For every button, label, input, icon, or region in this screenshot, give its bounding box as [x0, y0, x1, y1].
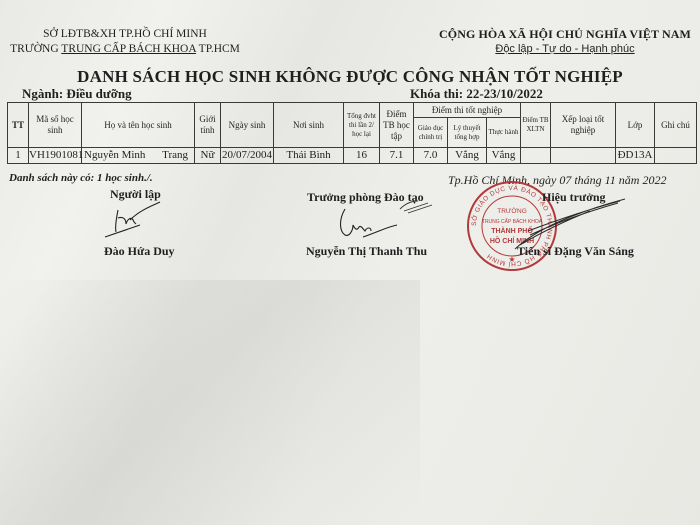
col-gender: Giới tính [195, 103, 221, 148]
cell-full-name: Nguyễn MinhTrang [82, 148, 195, 164]
training-head-name: Nguyễn Thị Thanh Thu [306, 244, 427, 259]
school-prefix: TRƯỜNG [10, 43, 61, 55]
col-birthplace: Nơi sinh [274, 103, 344, 148]
col-note: Ghi chú [655, 103, 697, 148]
cell-gpa: 7.1 [380, 148, 414, 164]
cell-given-name: Trang [162, 150, 194, 161]
cell-student-id: VH1901081 [29, 148, 82, 164]
col-gpa: Điểm TB học tập [380, 103, 414, 148]
col-student-id: Mã số học sinh [29, 103, 82, 148]
student-count-note: Danh sách này có: 1 học sinh./. [9, 172, 153, 184]
cell-politics: 7.0 [414, 148, 448, 164]
col-full-name: Họ và tên học sinh [82, 103, 195, 148]
cell-birthplace: Thái Bình [274, 148, 344, 164]
col-dob: Ngày sinh [221, 103, 274, 148]
col-grad-avg: Điểm TB XLTN [521, 103, 551, 148]
cell-family-middle-name: Nguyễn Minh [84, 149, 145, 161]
document-title: DANH SÁCH HỌC SINH KHÔNG ĐƯỢC CÔNG NHẬN … [0, 67, 700, 87]
national-motto: CỘNG HÒA XÃ HỘI CHỦ NGHĨA VIỆT NAM Độc l… [400, 27, 700, 57]
col-tt: TT [8, 103, 29, 148]
cell-note [655, 148, 697, 164]
col-grad-exam: Điểm thi tốt nghiệp [414, 103, 521, 118]
col-practice: Thực hành [487, 118, 521, 148]
preparer-name: Đào Hứa Duy [104, 244, 175, 259]
motto: Độc lập - Tự do - Hạnh phúc [400, 42, 700, 57]
country-name: CỘNG HÒA XÃ HỘI CHỦ NGHĨA VIỆT NAM [400, 27, 700, 42]
col-theory: Lý thuyết tổng hợp [448, 118, 487, 148]
school-name-underlined: TRUNG CẤP BÁCH KHOA [61, 43, 196, 55]
principal-name: Tiến sĩ Đặng Văn Sáng [517, 244, 634, 259]
school-name: TRƯỜNG TRUNG CẤP BÁCH KHOA TP.HCM [0, 42, 250, 57]
svg-text:★: ★ [508, 255, 515, 264]
cell-dob: 20/07/2004 [221, 148, 274, 164]
cell-gender: Nữ [195, 148, 221, 164]
table-row: 1 VH1901081 Nguyễn MinhTrang Nữ 20/07/20… [8, 148, 697, 164]
cell-class: ĐD13A [616, 148, 655, 164]
students-table: TT Mã số học sinh Họ và tên học sinh Giớ… [7, 102, 697, 164]
preparer-signature-icon [100, 200, 170, 240]
school-suffix: TP.HCM [196, 43, 240, 55]
cell-tt: 1 [8, 148, 29, 164]
cell-grad-rank [551, 148, 616, 164]
training-head-signature-icon [335, 207, 405, 242]
department-name: SỞ LĐTB&XH TP.HỒ CHÍ MINH [0, 27, 250, 42]
issuing-authority: SỞ LĐTB&XH TP.HỒ CHÍ MINH TRƯỜNG TRUNG C… [0, 27, 250, 57]
cell-credits: 16 [344, 148, 380, 164]
col-politics: Giáo dục chính trị [414, 118, 448, 148]
col-credits: Tổng đvht thi lần 2/ học lại [344, 103, 380, 148]
cell-grad-avg [521, 148, 551, 164]
cell-practice: Vắng [487, 148, 521, 164]
col-grad-rank: Xếp loại tốt nghiệp [551, 103, 616, 148]
paper-shadow [0, 280, 420, 525]
cell-theory: Vắng [448, 148, 487, 164]
exam-session-label: Khóa thi: 22-23/10/2022 [410, 86, 543, 102]
major-label: Ngành: Điều dưỡng [22, 86, 132, 102]
col-class: Lớp [616, 103, 655, 148]
